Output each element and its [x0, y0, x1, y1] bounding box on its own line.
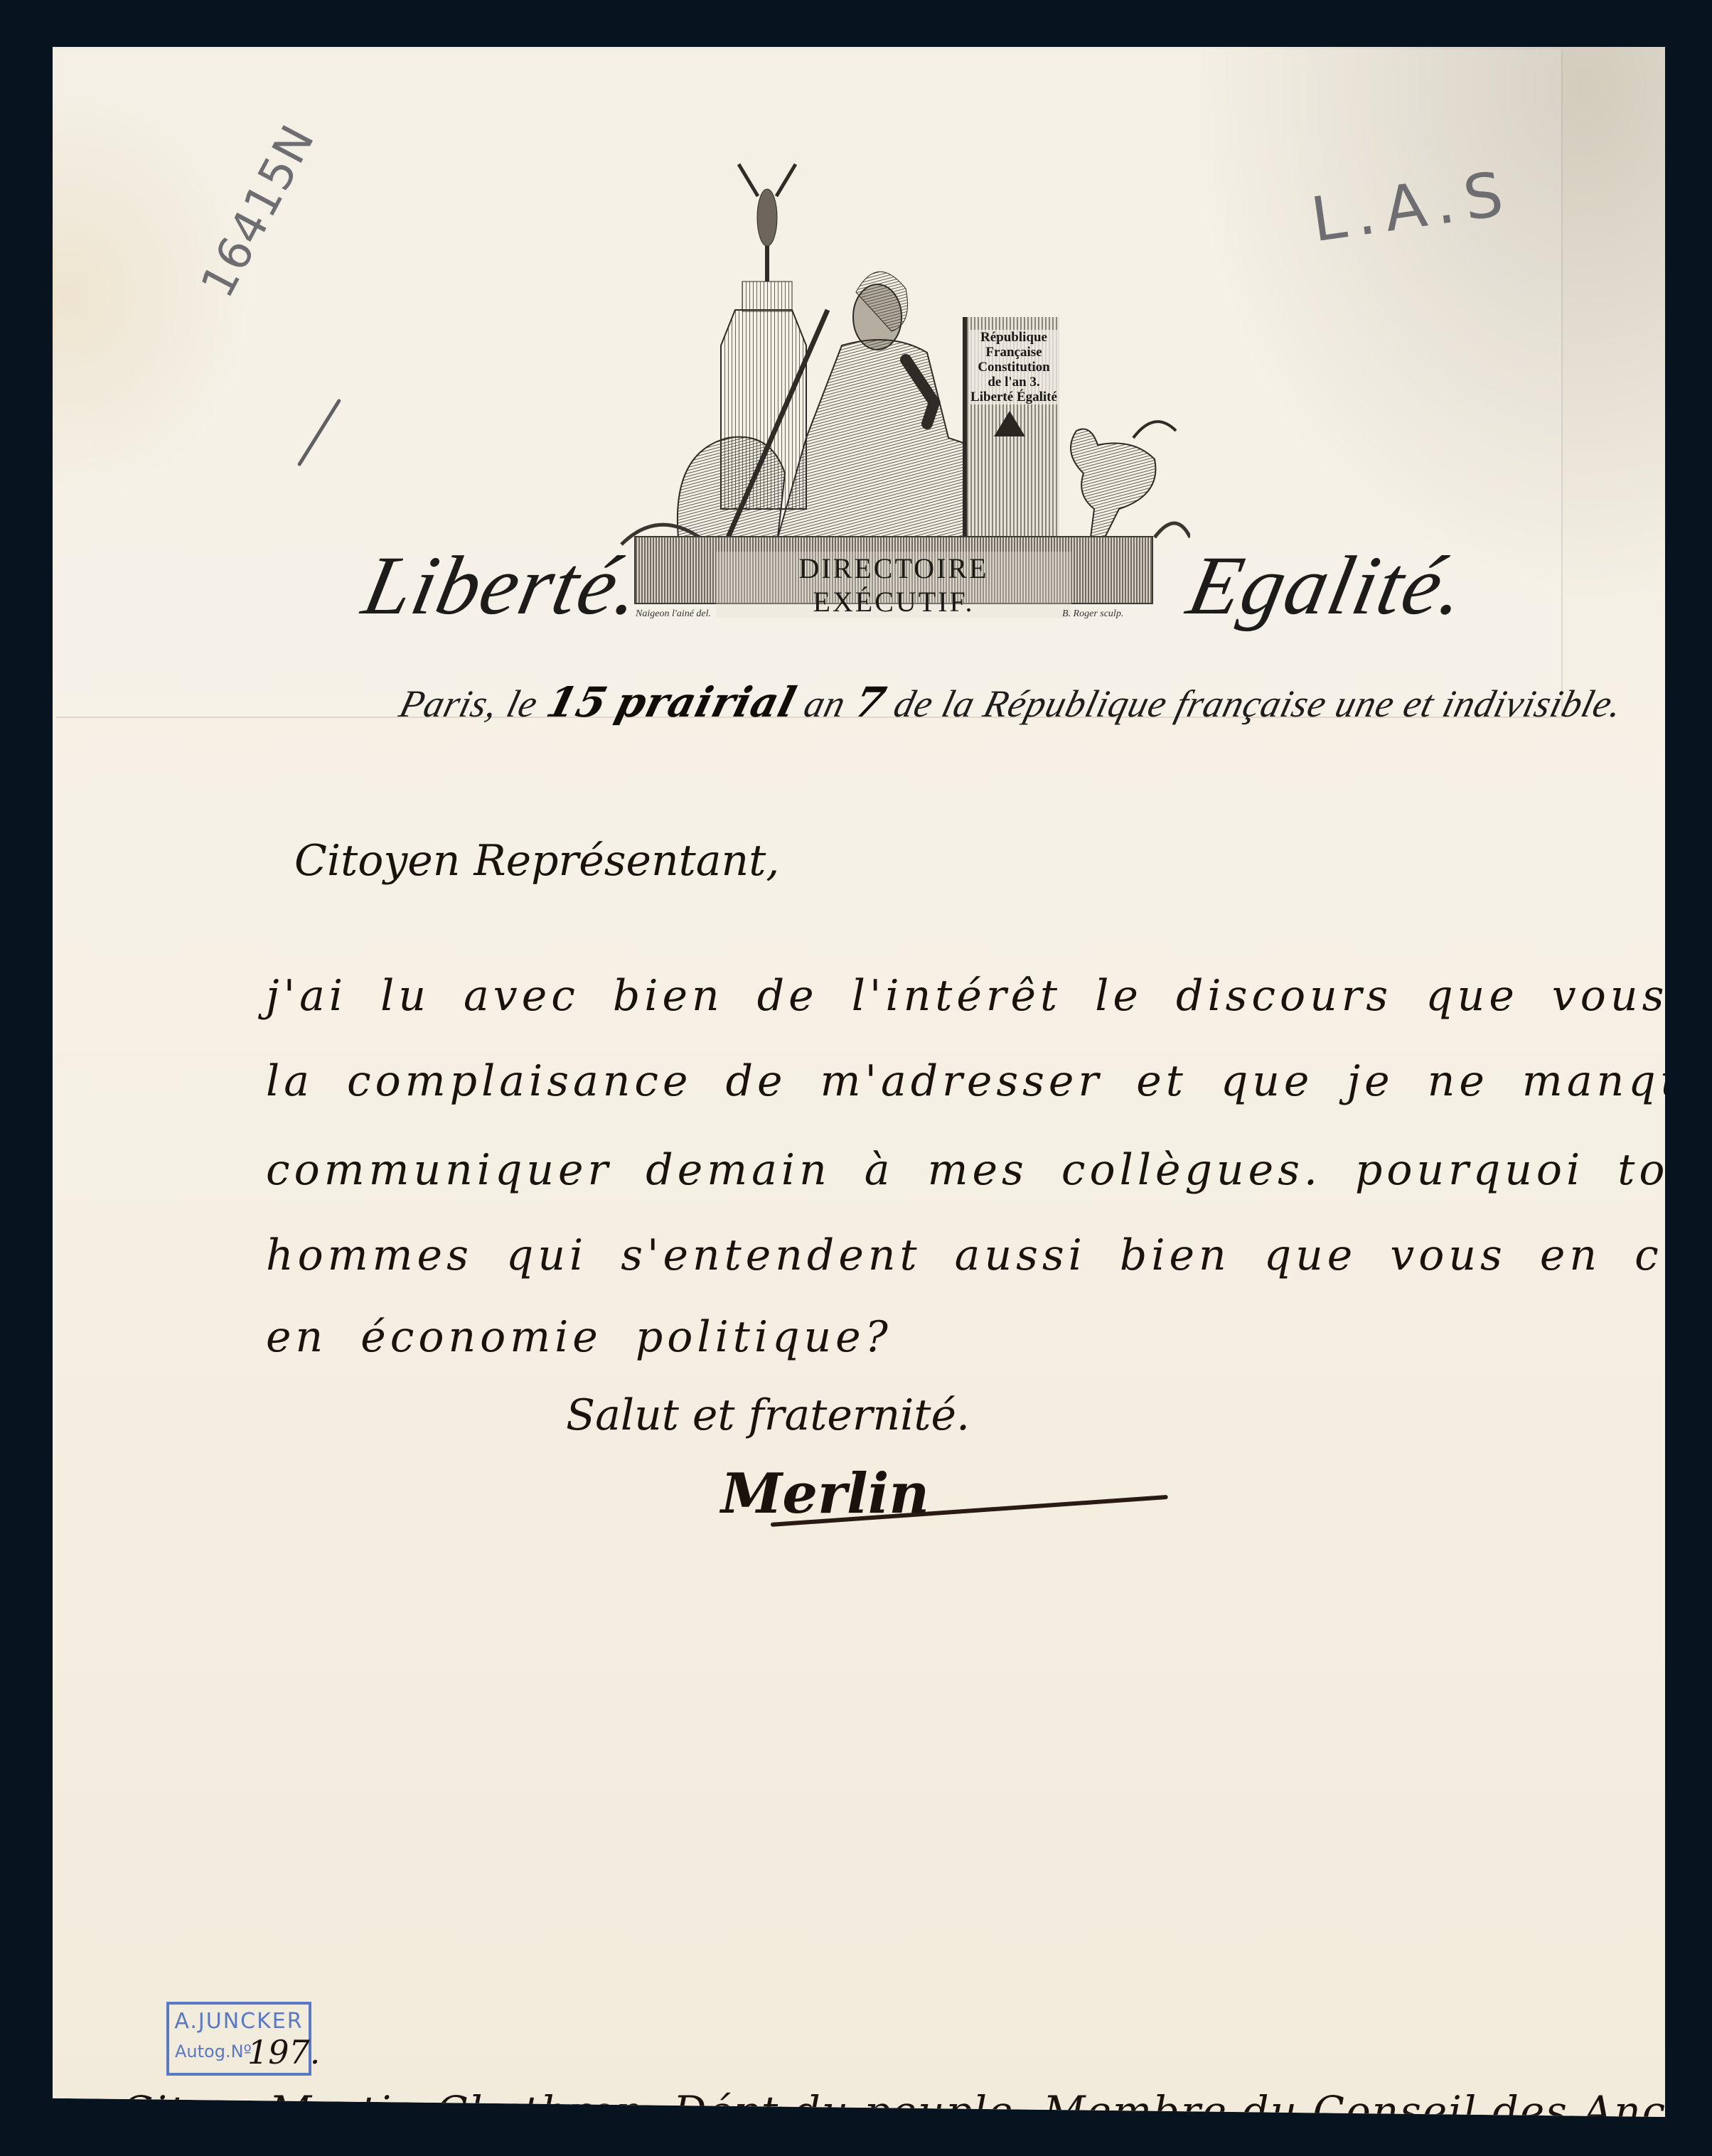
- addressee-note: Cit.en Martin-Chatbron, Dépt du peuple, …: [121, 2087, 1712, 2135]
- constitution-tablet: République Française Constitution de l'a…: [963, 317, 1059, 537]
- body-line: la complaisance de m'adresser et que je …: [266, 1056, 1712, 1106]
- vignette-plinth: DIRECTOIRE EXÉCUTIF.: [634, 536, 1153, 604]
- body-line: hommes qui s'entendent aussi bien que vo…: [266, 1230, 1712, 1280]
- stamp-number: 197.: [247, 2033, 320, 2071]
- engraving-credit-draughtsman: Naigeon l'ainé del.: [636, 608, 711, 620]
- motto-egalite: Egalité.: [1180, 537, 1475, 634]
- body-line: communiquer demain à mes collègues. pour…: [266, 1145, 1712, 1195]
- dateline-an: an: [800, 682, 850, 725]
- body-line: en économie politique?: [266, 1312, 892, 1362]
- stamp-name: A.JUNCKER: [169, 2009, 309, 2034]
- letter-paper: 16415N L.A.S: [53, 47, 1665, 2117]
- dateline-prefix: Paris, le: [395, 682, 542, 725]
- dateline: Paris, le 15 prairial an 7 de la Républi…: [395, 678, 1629, 726]
- body-line: j'ai lu avec bien de l'intérêt le discou…: [266, 971, 1712, 1021]
- dateline-month: prairial: [611, 678, 801, 726]
- closing: Salut et fraternité.: [566, 1390, 970, 1440]
- collector-stamp: A.JUNCKER Autog.Nº 197.: [166, 2002, 311, 2076]
- dateline-suffix: de la République française une et indivi…: [890, 682, 1627, 725]
- salutation: Citoyen Représentant,: [294, 836, 779, 886]
- dateline-year: 7: [850, 678, 891, 726]
- tablet-inscription: République Française Constitution de l'a…: [970, 330, 1058, 404]
- directoire-label: DIRECTOIRE EXÉCUTIF.: [716, 552, 1071, 618]
- stamp-label: Autog.Nº: [175, 2042, 252, 2061]
- motto-liberte: Liberté.: [355, 537, 651, 634]
- triangle-level-icon: [994, 411, 1025, 436]
- dateline-day: 15: [542, 678, 613, 726]
- letterhead-vignette: République Française Constitution de l'a…: [593, 139, 1190, 630]
- engraving-credit-engraver: B. Roger sculp.: [1062, 608, 1123, 620]
